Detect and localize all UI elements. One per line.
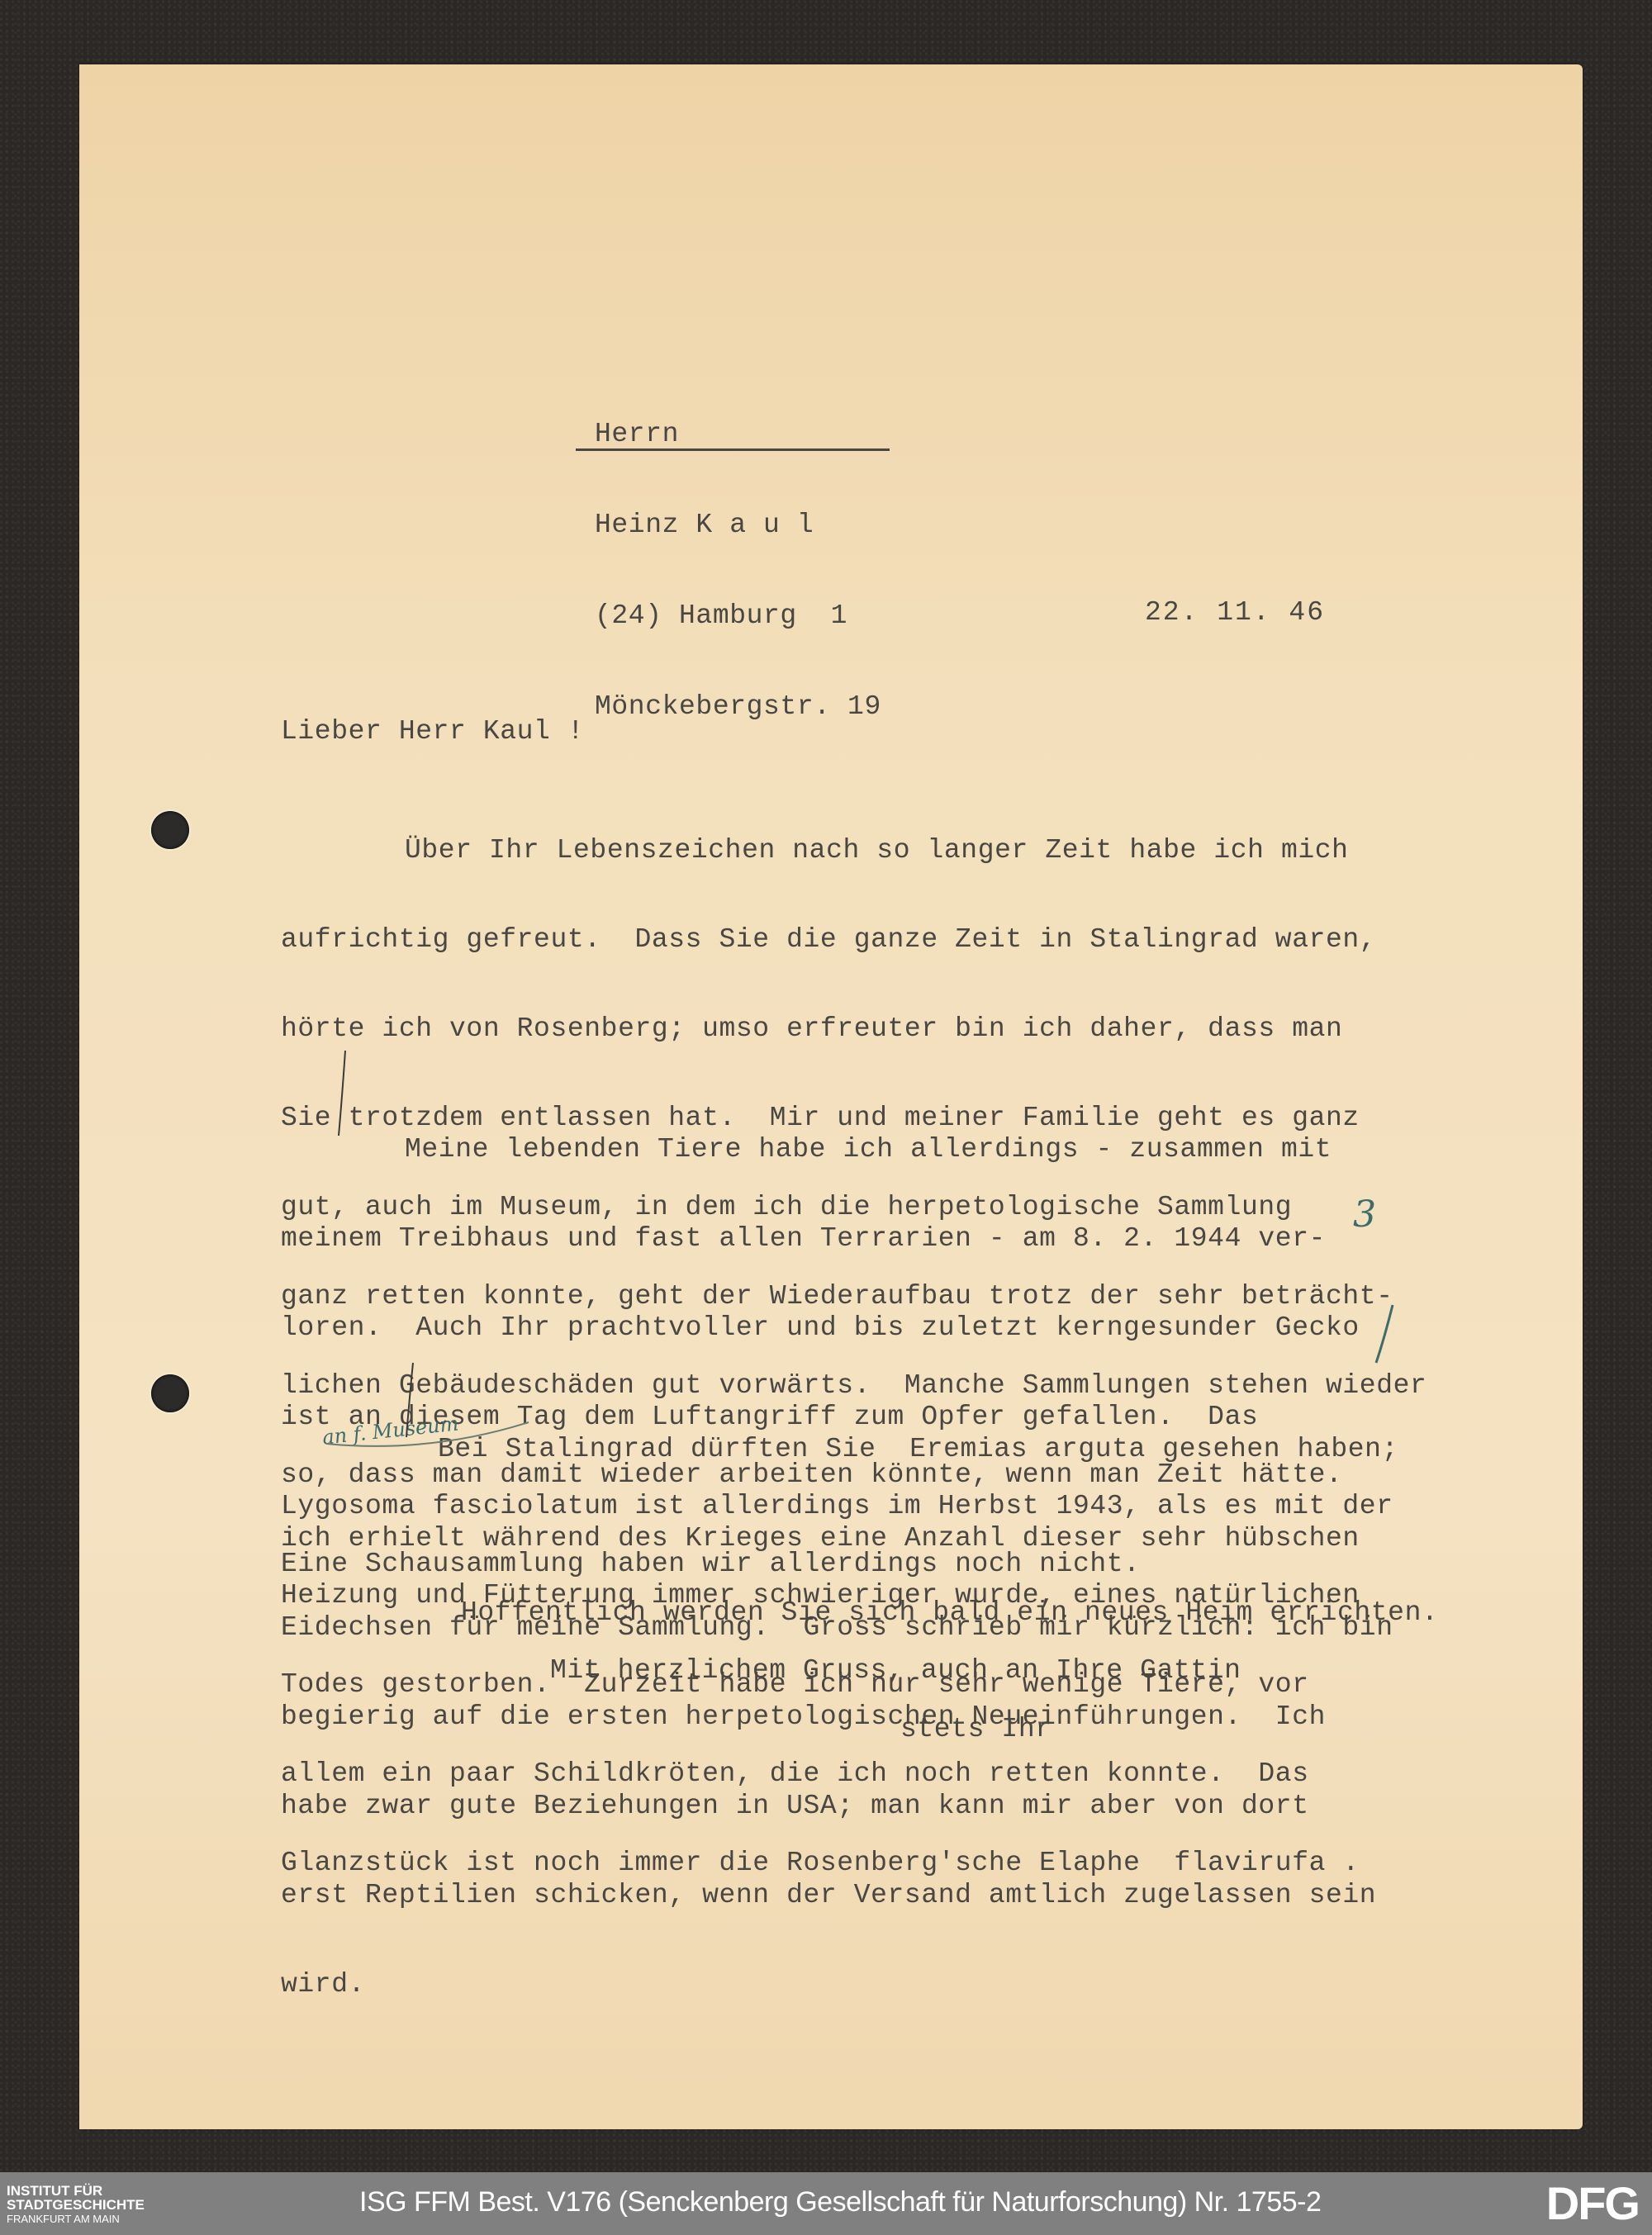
archive-footer-bar: INSTITUT FÜR STADTGESCHICHTE FRANKFURT A…: [0, 2172, 1652, 2235]
institute-city: FRANKFURT AM MAIN: [7, 2212, 145, 2226]
dfg-logo: DFG: [1546, 2180, 1639, 2227]
institute-logo: INSTITUT FÜR STADTGESCHICHTE FRANKFURT A…: [7, 2184, 145, 2226]
institute-name-line: INSTITUT FÜR: [7, 2184, 145, 2198]
pen-strokes: [0, 0, 1652, 2235]
institute-name-line: STADTGESCHICHTE: [7, 2198, 145, 2212]
archive-reference: ISG FFM Best. V176 (Senckenberg Gesellsc…: [359, 2186, 1321, 2218]
